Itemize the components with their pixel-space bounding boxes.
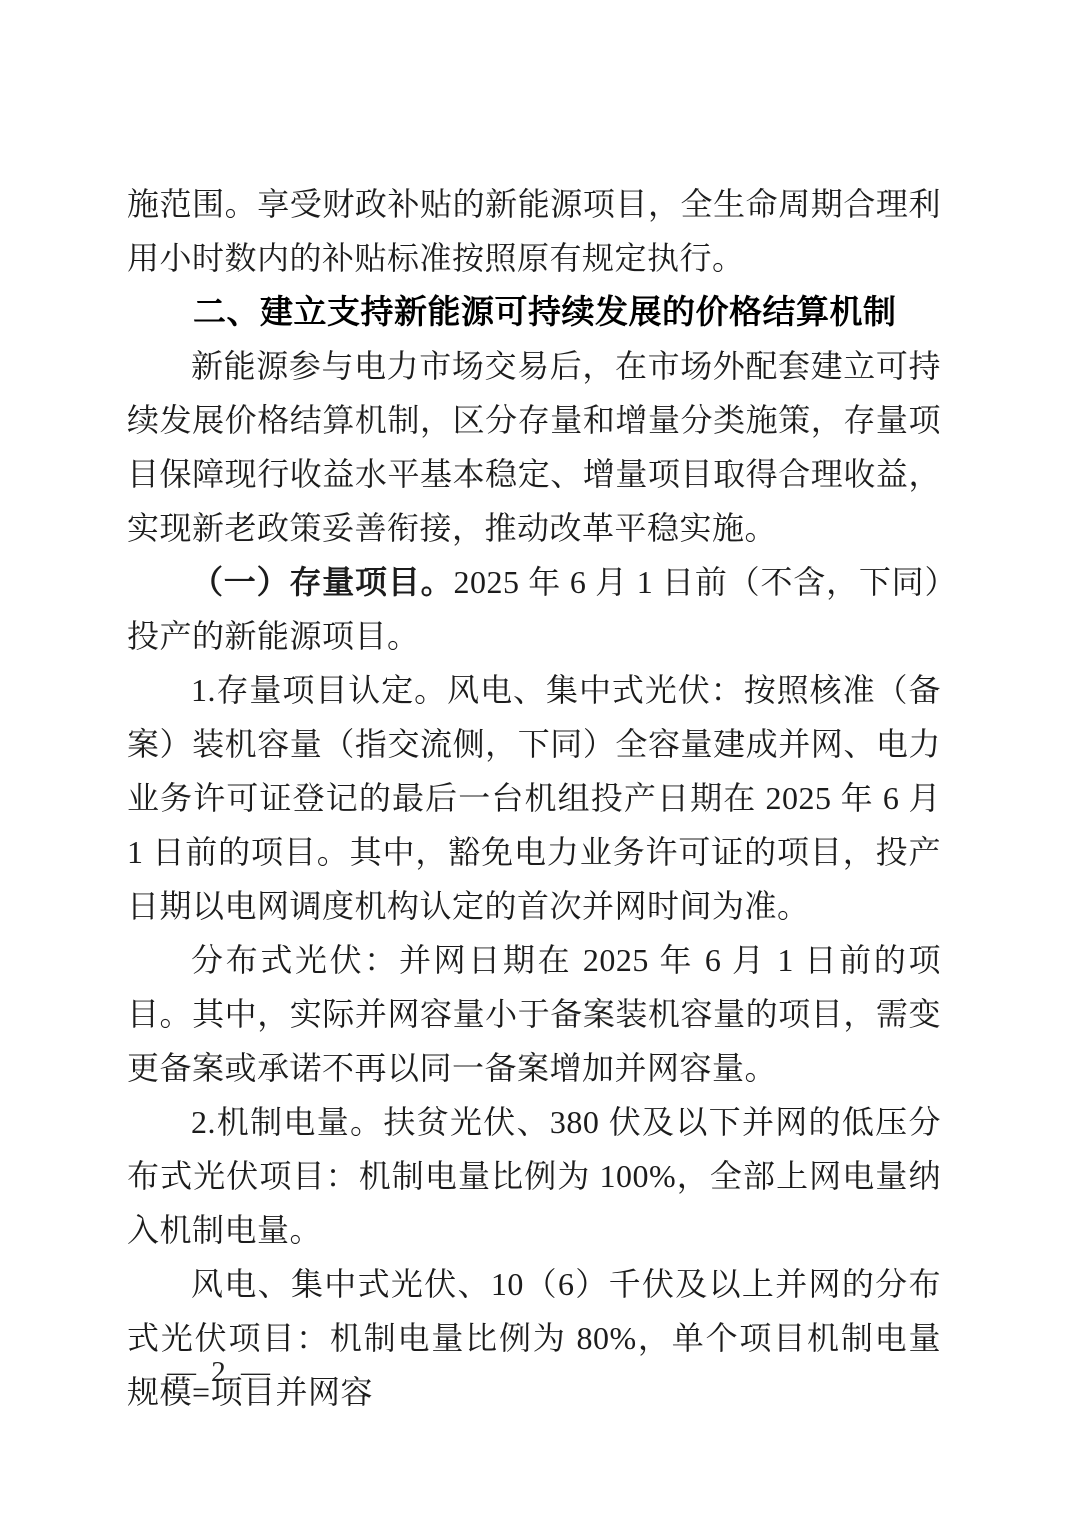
section-heading: 二、建立支持新能源可持续发展的价格结算机制 [127,285,941,339]
paragraph-point-1-recognition: 1.存量项目认定。风电、集中式光伏：按照核准（备案）装机容量（指交流侧，下同）全… [127,663,941,933]
paragraph-item-one: （一）存量项目。2025 年 6 月 1 日前（不含，下同）投产的新能源项目。 [127,555,941,663]
document-page: 施范围。享受财政补贴的新能源项目，全生命周期合理利用小时数内的补贴标准按照原有规… [0,0,1080,1527]
paragraph-point-1-distributed-pv: 分布式光伏：并网日期在 2025 年 6 月 1 日前的项目。其中，实际并网容量… [127,933,941,1095]
paragraph-point-2-wind-centralized: 风电、集中式光伏、10（6）千伏及以上并网的分布式光伏项目：机制电量比例为 80… [127,1257,941,1419]
paragraph-subsidy-continuation: 施范围。享受财政补贴的新能源项目，全生命周期合理利用小时数内的补贴标准按照原有规… [127,177,941,285]
clause-title-stock-projects: （一）存量项目。 [191,564,453,600]
page-number: — 2 — [167,1352,274,1392]
paragraph-point-2-mechanism-volume: 2.机制电量。扶贫光伏、380 伏及以下并网的低压分布式光伏项目：机制电量比例为… [127,1095,941,1257]
document-body: 施范围。享受财政补贴的新能源项目，全生命周期合理利用小时数内的补贴标准按照原有规… [127,177,941,1419]
paragraph-intro: 新能源参与电力市场交易后，在市场外配套建立可持续发展价格结算机制，区分存量和增量… [127,339,941,555]
